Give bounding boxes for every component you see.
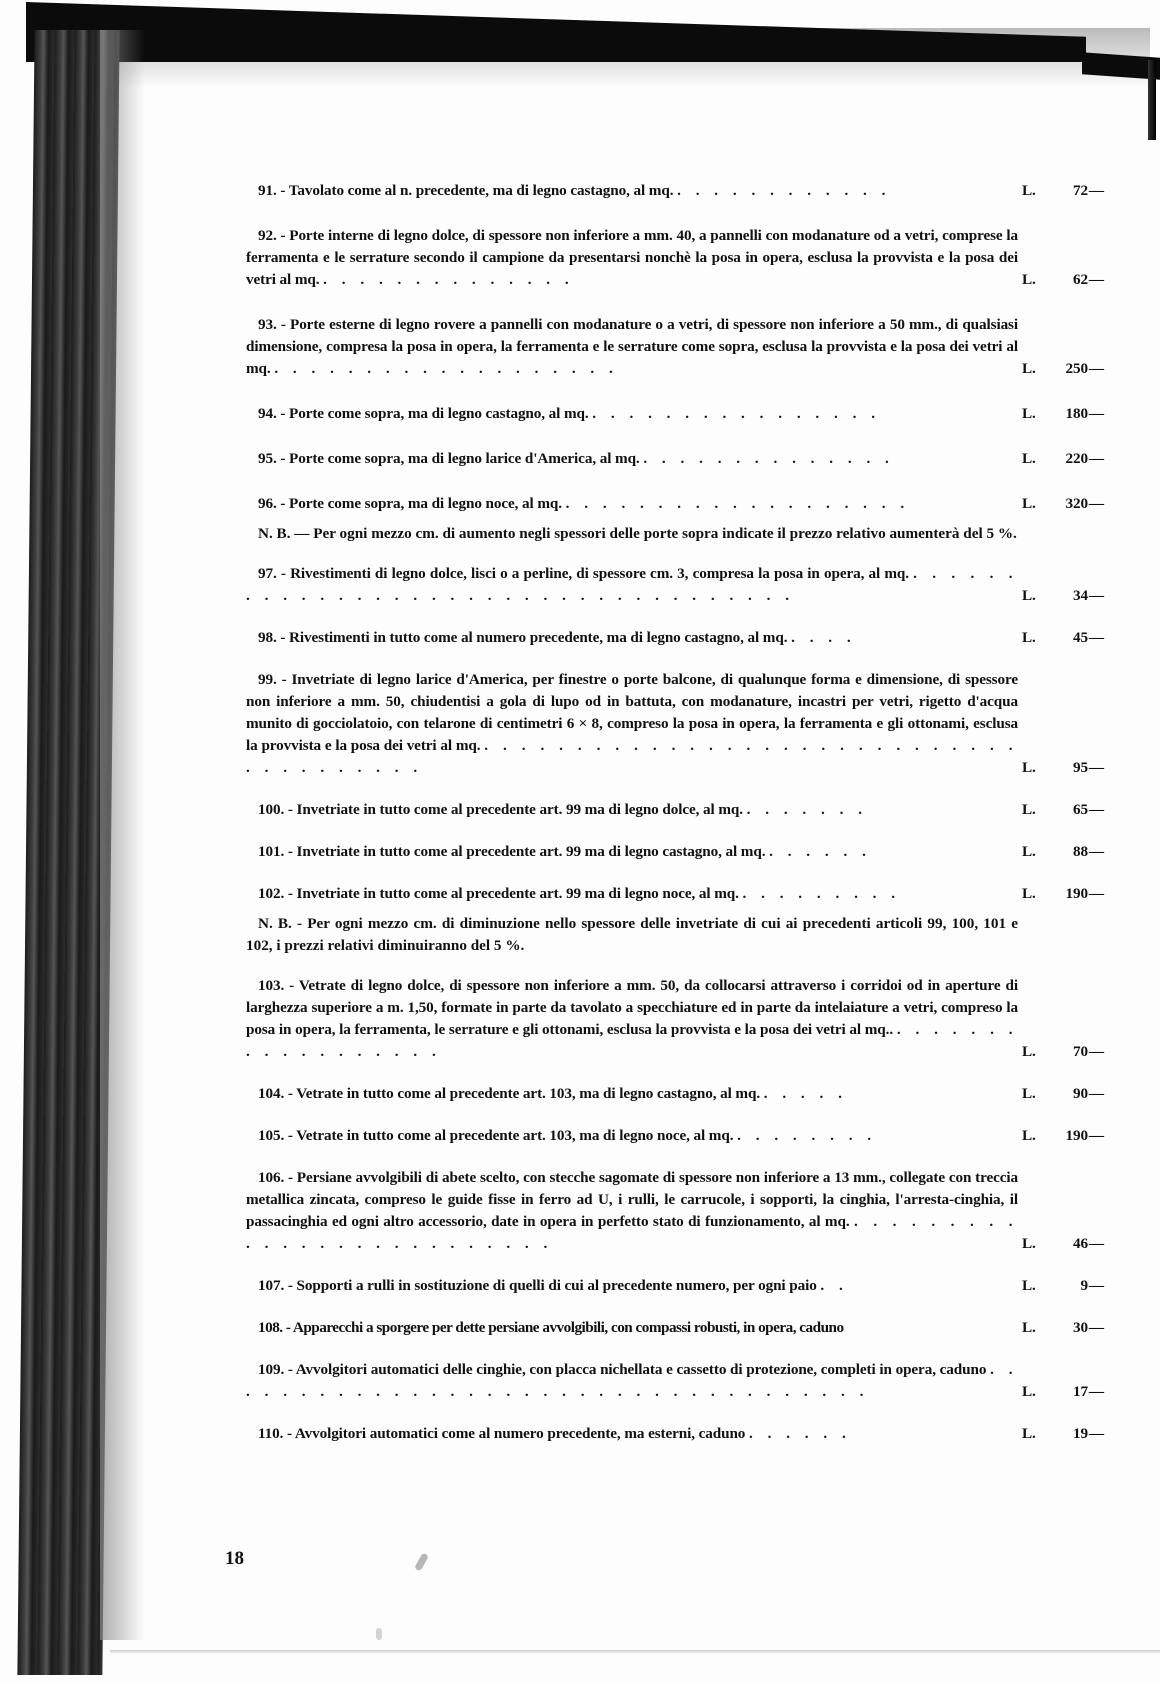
entry-95: 95. - Porte come sopra, ma di legno lari… (246, 448, 1106, 470)
dash: — (1088, 1381, 1104, 1403)
currency: L. (1022, 1381, 1052, 1403)
leader-dots: . . . . . . . . . . . . . . (643, 450, 894, 467)
currency: L. (1022, 883, 1052, 905)
currency: L. (1022, 1233, 1052, 1255)
amount: 19 (1052, 1423, 1088, 1445)
amount: 17 (1052, 1381, 1088, 1403)
dash: — (1088, 799, 1104, 821)
amount: 30 (1052, 1317, 1088, 1339)
dash: — (1088, 841, 1104, 863)
dash: — (1088, 1275, 1104, 1297)
leader-dots: . . . . . . (769, 843, 871, 860)
entry-text: 98. - Rivestimenti in tutto come al nume… (258, 629, 787, 646)
price: L.19— (1022, 1423, 1106, 1445)
leader-dots: . . . . . . . (747, 801, 868, 818)
price: L.9— (1022, 1275, 1106, 1297)
entry-text: 96. - Porte come sopra, ma di legno noce… (258, 495, 562, 512)
price: L.250— (1022, 358, 1106, 380)
dash: — (1088, 1125, 1104, 1147)
entry-text: 104. - Vetrate in tutto come al preceden… (258, 1085, 760, 1102)
entry-text: 102. - Invetriate in tutto come al prece… (258, 885, 739, 902)
amount: 70 (1052, 1041, 1088, 1063)
currency: L. (1022, 1083, 1052, 1105)
price-list-page: 91. - Tavolato come al n. precedente, ma… (246, 180, 1106, 1445)
price: L.95— (1022, 757, 1106, 779)
currency: L. (1022, 1275, 1052, 1297)
entry-96: 96. - Porte come sopra, ma di legno noce… (246, 493, 1106, 515)
entry-101: 101. - Invetriate in tutto come al prece… (246, 841, 1106, 863)
currency: L. (1022, 627, 1052, 649)
currency: L. (1022, 841, 1052, 863)
entry-91: 91. - Tavolato come al n. precedente, ma… (246, 180, 1106, 202)
entry-text: 95. - Porte come sopra, ma di legno lari… (258, 450, 640, 467)
entry-98: 98. - Rivestimenti in tutto come al nume… (246, 627, 1106, 649)
entry-107: 107. - Sopporti a rulli in sostituzione … (246, 1275, 1106, 1297)
leader-dots: . . . . . . . . (737, 1127, 876, 1144)
right-page-edge (1148, 60, 1156, 140)
leader-dots: . . . . . . . . . . . . . . . . . . . (566, 495, 910, 512)
price: L.65— (1022, 799, 1106, 821)
leader-dots: . . . . . . . . . . . . . . . . (592, 405, 880, 422)
dash: — (1088, 1083, 1104, 1105)
dash: — (1088, 269, 1104, 291)
amount: 190 (1052, 883, 1088, 905)
entry-text: 91. - Tavolato come al n. precedente, ma… (258, 182, 673, 199)
price: L.34— (1022, 585, 1106, 607)
entry-106: 106. - Persiane avvolgibili di abete sce… (246, 1167, 1106, 1255)
price: L.46— (1022, 1233, 1106, 1255)
entry-text: 94. - Porte come sopra, ma di legno cast… (258, 405, 589, 422)
price: L.17— (1022, 1381, 1106, 1403)
entry-92: 92. - Porte interne di legno dolce, di s… (246, 225, 1106, 291)
entry-text: 110. - Avvolgitori automatici come al nu… (258, 1425, 745, 1442)
leader-dots: . . . . . . . . . . . . . . . . . . . (274, 360, 618, 377)
amount: 90 (1052, 1083, 1088, 1105)
currency: L. (1022, 493, 1052, 515)
dash: — (1088, 585, 1104, 607)
currency: L. (1022, 799, 1052, 821)
amount: 65 (1052, 799, 1088, 821)
leader-dots: . . . . . (764, 1085, 848, 1102)
currency: L. (1022, 585, 1052, 607)
currency: L. (1022, 757, 1052, 779)
ink-smudge (376, 1628, 382, 1640)
note-door-thickness: N. B. — Per ogni mezzo cm. di aumento ne… (246, 523, 1018, 545)
leader-dots: . . . . . . . . . . . . . . (323, 271, 574, 288)
amount: 9 (1052, 1275, 1088, 1297)
amount: 220 (1052, 448, 1088, 470)
currency: L. (1022, 269, 1052, 291)
leader-dots: . . . . (791, 629, 856, 646)
entry-text: 105. - Vetrate in tutto come al preceden… (258, 1127, 733, 1144)
amount: 72 (1052, 180, 1088, 202)
dash: — (1088, 403, 1104, 425)
price: L.320— (1022, 493, 1106, 515)
amount: 95 (1052, 757, 1088, 779)
entry-108: 108. - Apparecchi a sporgere per dette p… (246, 1317, 1106, 1339)
currency: L. (1022, 1423, 1052, 1445)
currency: L. (1022, 180, 1052, 202)
spine-shadow (100, 30, 145, 1640)
entry-103: 103. - Vetrate di legno dolce, di spesso… (246, 975, 1106, 1063)
amount: 62 (1052, 269, 1088, 291)
entry-109: 109. - Avvolgitori automatici delle cing… (246, 1359, 1106, 1403)
note-window-thickness: N. B. - Per ogni mezzo cm. di diminuzion… (246, 913, 1018, 957)
price: L.70— (1022, 1041, 1106, 1063)
amount: 320 (1052, 493, 1088, 515)
price: L.45— (1022, 627, 1106, 649)
leader-dots: . . . . . . (749, 1425, 851, 1442)
amount: 45 (1052, 627, 1088, 649)
entry-102: 102. - Invetriate in tutto come al prece… (246, 883, 1106, 905)
price: L.30— (1022, 1317, 1106, 1339)
entry-99: 99. - Invetriate di legno larice d'Ameri… (246, 669, 1106, 779)
currency: L. (1022, 403, 1052, 425)
dash: — (1088, 627, 1104, 649)
entry-text: 107. - Sopporti a rulli in sostituzione … (258, 1277, 817, 1294)
entry-97: 97. - Rivestimenti di legno dolce, lisci… (246, 563, 1106, 607)
dash: — (1088, 757, 1104, 779)
dash: — (1088, 1233, 1104, 1255)
entry-100: 100. - Invetriate in tutto come al prece… (246, 799, 1106, 821)
entry-text: 108. - Apparecchi a sporgere per dette p… (258, 1319, 844, 1336)
entry-text: 109. - Avvolgitori automatici delle cing… (258, 1361, 986, 1378)
entry-text: 97. - Rivestimenti di legno dolce, lisci… (258, 565, 909, 582)
entry-text: 100. - Invetriate in tutto come al prece… (258, 801, 743, 818)
dash: — (1088, 493, 1104, 515)
entry-104: 104. - Vetrate in tutto come al preceden… (246, 1083, 1106, 1105)
page-number: 18 (225, 1548, 244, 1570)
currency: L. (1022, 358, 1052, 380)
dash: — (1088, 180, 1104, 202)
price: L.90— (1022, 1083, 1106, 1105)
entry-text: 101. - Invetriate in tutto come al prece… (258, 843, 765, 860)
dash: — (1088, 1041, 1104, 1063)
amount: 46 (1052, 1233, 1088, 1255)
leader-dots: . . (820, 1277, 848, 1294)
entry-110: 110. - Avvolgitori automatici come al nu… (246, 1423, 1106, 1445)
amount: 190 (1052, 1125, 1088, 1147)
price: L.180— (1022, 403, 1106, 425)
price: L.190— (1022, 883, 1106, 905)
price: L.220— (1022, 448, 1106, 470)
amount: 250 (1052, 358, 1088, 380)
dash: — (1088, 448, 1104, 470)
dash: — (1088, 883, 1104, 905)
dash: — (1088, 358, 1104, 380)
price: L.88— (1022, 841, 1106, 863)
dash: — (1088, 1317, 1104, 1339)
entry-105: 105. - Vetrate in tutto come al preceden… (246, 1125, 1106, 1147)
price: L.190— (1022, 1125, 1106, 1147)
leader-dots: . . . . . . . . . (743, 885, 901, 902)
currency: L. (1022, 448, 1052, 470)
entry-93: 93. - Porte esterne di legno rovere a pa… (246, 314, 1106, 380)
bottom-page-edge (110, 1650, 1160, 1654)
dash: — (1088, 1423, 1104, 1445)
amount: 180 (1052, 403, 1088, 425)
leader-dots: . . . . . . . . . . . . (677, 182, 891, 199)
currency: L. (1022, 1125, 1052, 1147)
currency: L. (1022, 1317, 1052, 1339)
price: L.62— (1022, 269, 1106, 291)
entry-94: 94. - Porte come sopra, ma di legno cast… (246, 403, 1106, 425)
currency: L. (1022, 1041, 1052, 1063)
amount: 88 (1052, 841, 1088, 863)
amount: 34 (1052, 585, 1088, 607)
price: L.72— (1022, 180, 1106, 202)
